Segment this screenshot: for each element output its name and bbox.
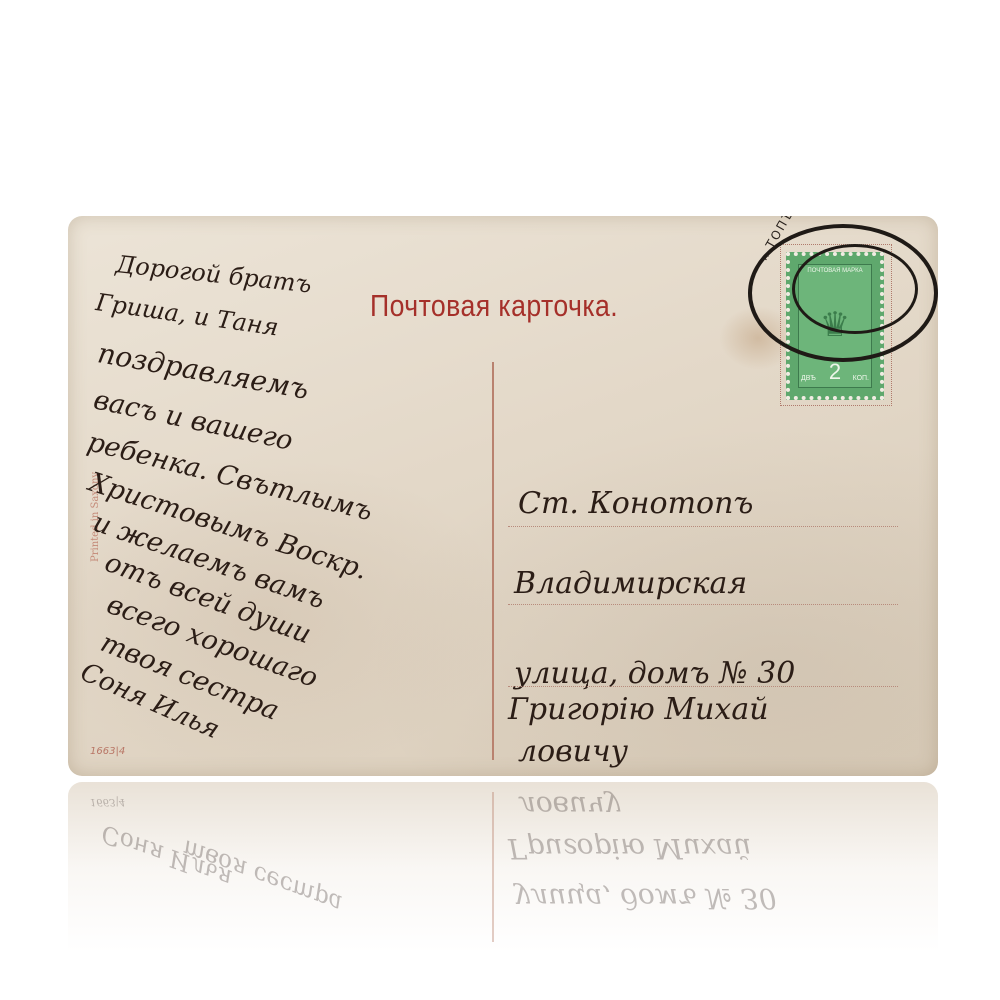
address-rule <box>508 526 898 527</box>
stamp-left-text: ДВѢ <box>801 375 816 382</box>
stamp-right-text: КОП. <box>853 375 869 382</box>
postmark-inner-ring <box>792 244 918 334</box>
address-line: Владимирская <box>514 566 747 601</box>
postcard: Почтовая карточка. Printed in Saxony 166… <box>68 216 938 776</box>
address-line: ловичу <box>518 734 628 769</box>
postcard-header: Почтовая карточка. <box>370 288 618 324</box>
address-line: Григорію Михай <box>508 692 769 727</box>
catalog-number: 1663|4 <box>90 746 125 757</box>
address-divider <box>492 362 494 760</box>
address-rule <box>508 604 898 605</box>
message-line: Дорогой братъ <box>115 250 313 298</box>
message-line: Гриша, и Таня <box>94 288 280 341</box>
postcard-reflection: ловичу Григорію Михай улица, домъ № 30 1… <box>68 782 938 952</box>
stamp-value: 2 <box>829 359 841 385</box>
address-line: Ст. Конотопъ <box>518 486 753 521</box>
address-rule <box>508 686 898 687</box>
